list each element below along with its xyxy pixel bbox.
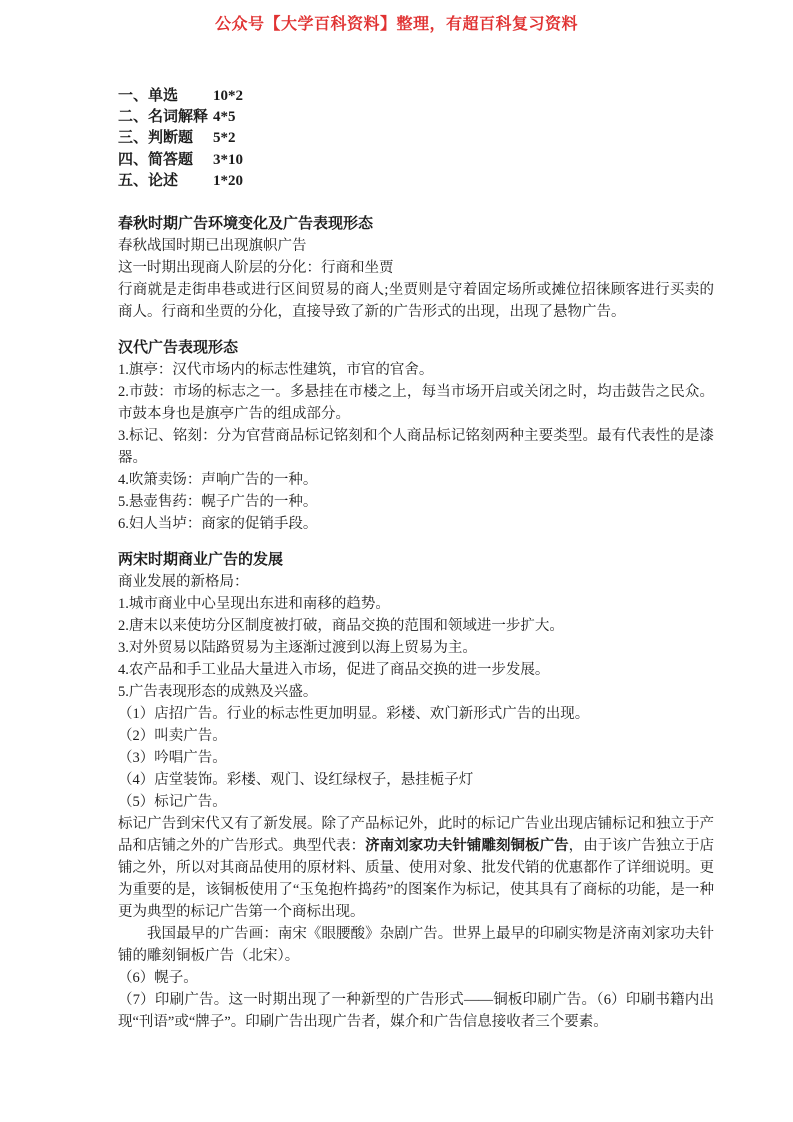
section-heading: 两宋时期商业广告的发展 [118,549,714,571]
exam-overview-row: 五、论述 1*20 [118,171,714,192]
paragraph: 春秋战国时期已出现旗帜广告 [118,235,714,257]
exam-score-value: 1*20 [213,171,243,192]
text-segment: 6.妇人当垆：商家的促销手段。 [118,516,317,532]
paragraph: 4.农产品和手工业品大量进入市场，促进了商品交换的进一步发展。 [118,659,714,681]
text-segment: 4.吹箫卖饧：声响广告的一种。 [118,472,317,488]
highlighted-term: 济南刘家功夫针铺雕刻铜板广告 [365,838,569,854]
section-heading: 春秋时期广告环境变化及广告表现形态 [118,213,714,235]
document-section: 两宋时期商业广告的发展 商业发展的新格局：1.城市商业中心呈现出东进和南移的趋势… [118,549,714,1033]
text-segment: 春秋战国时期已出现旗帜广告 [118,238,307,254]
section-heading: 汉代广告表现形态 [118,337,714,359]
text-segment: 商业发展的新格局： [118,574,249,590]
paragraph: 3.对外贸易以陆路贸易为主逐渐过渡到以海上贸易为主。 [118,637,714,659]
text-segment: 这一时期出现商人阶层的分化：行商和坐贾 [118,260,394,276]
text-segment: 2.唐末以来使坊分区制度被打破，商品交换的范围和领域进一步扩大。 [118,618,564,634]
text-segment: 4.农产品和手工业品大量进入市场，促进了商品交换的进一步发展。 [118,662,549,678]
paragraph: （2）叫卖广告。 [118,725,714,747]
text-segment: （3）吟唱广告。 [118,750,227,766]
exam-score-value: 5*2 [213,128,236,149]
exam-score-value: 3*10 [213,150,243,171]
paragraph: 4.吹箫卖饧：声响广告的一种。 [118,469,714,491]
paragraph: 1.城市商业中心呈现出东进和南移的趋势。 [118,593,714,615]
paragraph: 2.市鼓：市场的标志之一。多悬挂在市楼之上，每当市场开启或关闭之时，均击鼓告之民… [118,381,714,425]
exam-type-label: 二、名词解释 [118,107,213,128]
text-segment: 3.标记、铭刻：分为官营商品标记铭刻和个人商品标记铭刻两种主要类型。最有代表性的… [118,428,714,466]
exam-overview-row: 四、简答题 3*10 [118,150,714,171]
exam-type-label: 四、简答题 [118,150,213,171]
document-section: 汉代广告表现形态 1.旗亭：汉代市场内的标志性建筑，市官的官舍。2.市鼓：市场的… [118,337,714,535]
watermark-header: 公众号【大学百科资料】整理，有超百科复习资料 [0,0,793,34]
exam-type-label: 三、判断题 [118,128,213,149]
paragraph: 标记广告到宋代又有了新发展。除了产品标记外，此时的标记广告业出现店铺标记和独立于… [118,813,714,923]
paragraph: 5.悬壶售药：幌子广告的一种。 [118,491,714,513]
document-section: 春秋时期广告环境变化及广告表现形态 春秋战国时期已出现旗帜广告这一时期出现商人阶… [118,213,714,323]
paragraph: 6.妇人当垆：商家的促销手段。 [118,513,714,535]
exam-score-value: 10*2 [213,86,243,107]
paragraph: 这一时期出现商人阶层的分化：行商和坐贾 [118,257,714,279]
exam-overview-row: 三、判断题 5*2 [118,128,714,149]
text-segment: （1）店招广告。行业的标志性更加明显。彩楼、欢门新形式广告的出现。 [118,706,589,722]
text-segment: （7）印刷广告。这一时期出现了一种新型的广告形式——铜板印刷广告。（6）印刷书籍… [118,992,714,1030]
paragraph: 5.广告表现形态的成熟及兴盛。 [118,681,714,703]
paragraph: （5）标记广告。 [118,791,714,813]
paragraph: 商业发展的新格局： [118,571,714,593]
text-segment: 行商就是走街串巷或进行区间贸易的商人;坐贾则是守着固定场所或摊位招徕顾客进行买卖… [118,282,714,320]
paragraph: （4）店堂装饰。彩楼、观门、设红绿杈子，悬挂栀子灯 [118,769,714,791]
text-segment: 我国最早的广告画：南宋《眼腰酸》杂剧广告。世界上最早的印刷实物是济南刘家功夫针铺… [118,926,714,964]
exam-overview-row: 二、名词解释 4*5 [118,107,714,128]
text-segment: 2.市鼓：市场的标志之一。多悬挂在市楼之上，每当市场开启或关闭之时，均击鼓告之民… [118,384,714,422]
paragraph: （7）印刷广告。这一时期出现了一种新型的广告形式——铜板印刷广告。（6）印刷书籍… [118,989,714,1033]
paragraph: 2.唐末以来使坊分区制度被打破，商品交换的范围和领域进一步扩大。 [118,615,714,637]
exam-type-label: 五、论述 [118,171,213,192]
document-content: 一、单选 10*2 二、名词解释 4*5 三、判断题 5*2 四、简答题 3*1… [118,86,714,1033]
text-segment: 5.悬壶售药：幌子广告的一种。 [118,494,317,510]
sections-container: 春秋时期广告环境变化及广告表现形态 春秋战国时期已出现旗帜广告这一时期出现商人阶… [118,213,714,1033]
text-segment: 3.对外贸易以陆路贸易为主逐渐过渡到以海上贸易为主。 [118,640,477,656]
text-segment: （4）店堂装饰。彩楼、观门、设红绿杈子，悬挂栀子灯 [118,772,473,788]
text-segment: 1.城市商业中心呈现出东进和南移的趋势。 [118,596,390,612]
paragraph: 1.旗亭：汉代市场内的标志性建筑，市官的官舍。 [118,359,714,381]
text-segment: 5.广告表现形态的成熟及兴盛。 [118,684,317,700]
paragraph: （1）店招广告。行业的标志性更加明显。彩楼、欢门新形式广告的出现。 [118,703,714,725]
paragraph: 行商就是走街串巷或进行区间贸易的商人;坐贾则是守着固定场所或摊位招徕顾客进行买卖… [118,279,714,323]
document-page: 公众号【大学百科资料】整理，有超百科复习资料 一、单选 10*2 二、名词解释 … [0,0,793,1122]
exam-overview-list: 一、单选 10*2 二、名词解释 4*5 三、判断题 5*2 四、简答题 3*1… [118,86,714,192]
text-segment: （2）叫卖广告。 [118,728,227,744]
exam-overview-row: 一、单选 10*2 [118,86,714,107]
paragraph: 3.标记、铭刻：分为官营商品标记铭刻和个人商品标记铭刻两种主要类型。最有代表性的… [118,425,714,469]
paragraph: （6）幌子。 [118,967,714,989]
text-segment: 1.旗亭：汉代市场内的标志性建筑，市官的官舍。 [118,362,433,378]
text-segment: （6）幌子。 [118,970,198,986]
exam-score-value: 4*5 [213,107,236,128]
paragraph: （3）吟唱广告。 [118,747,714,769]
text-segment: （5）标记广告。 [118,794,227,810]
paragraph: 我国最早的广告画：南宋《眼腰酸》杂剧广告。世界上最早的印刷实物是济南刘家功夫针铺… [118,923,714,967]
exam-type-label: 一、单选 [118,86,213,107]
